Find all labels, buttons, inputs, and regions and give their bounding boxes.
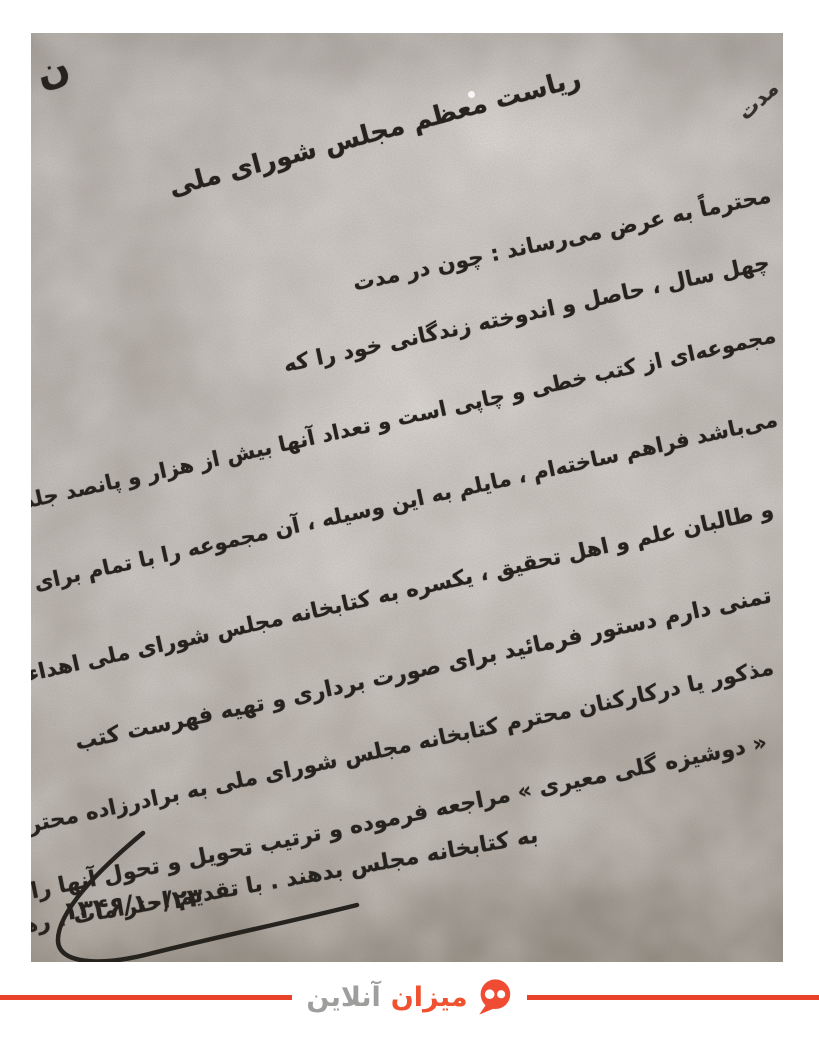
page: ریاست معظم مجلس شورای ملی ن مدت محترماً … bbox=[0, 0, 819, 1040]
speech-bubble-icon bbox=[476, 977, 513, 1017]
footer-divider-left bbox=[0, 995, 292, 1000]
footer-watermark: میزان آنلاین bbox=[0, 975, 819, 1019]
footer-divider-right bbox=[527, 995, 819, 1000]
brand-logo: میزان آنلاین bbox=[306, 977, 512, 1017]
brand-name-secondary: آنلاین bbox=[306, 984, 380, 1011]
letter-photo: ریاست معظم مجلس شورای ملی ن مدت محترماً … bbox=[31, 33, 783, 962]
brand-name-primary: میزان bbox=[391, 984, 468, 1011]
signature-flourish bbox=[31, 33, 783, 962]
